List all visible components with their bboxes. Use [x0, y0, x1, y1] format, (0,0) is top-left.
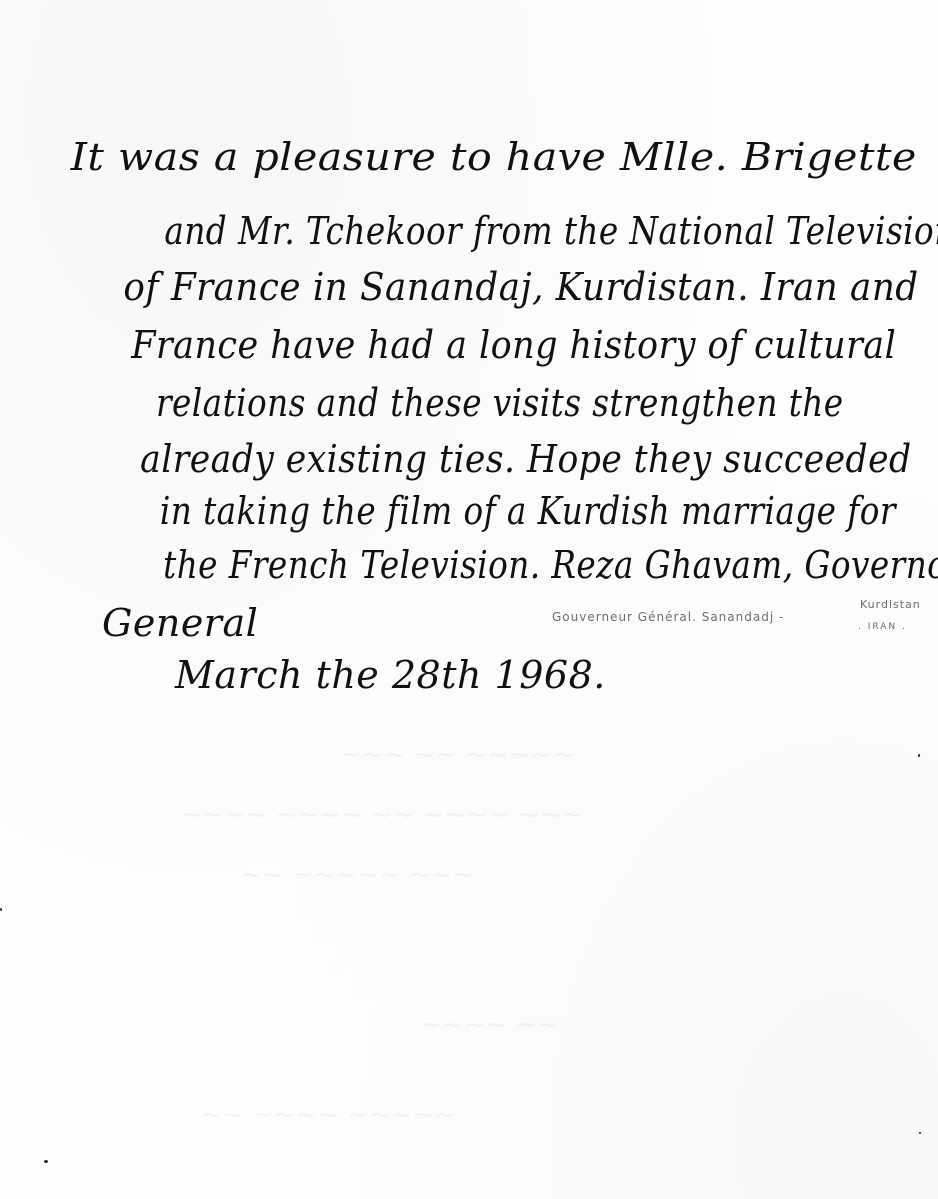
annotation-country: . IRAN .	[858, 622, 907, 632]
annotation-region: Kurdistan	[860, 598, 921, 611]
letter-line: the French Television. Reza Ghavam, Gove…	[163, 546, 938, 584]
annotation-title: Gouverneur Général. Sanandadj -	[552, 610, 784, 624]
dust-speck	[919, 1132, 921, 1134]
dust-speck	[44, 1160, 48, 1163]
letter-line: and Mr. Tchekoor from the National Telev…	[164, 212, 938, 250]
bleed-through-marks: ~~~~ ~~~~ ~~ ~~~~ ~~~	[180, 800, 583, 830]
letter-line: It was a pleasure to have Mlle. Brigette	[71, 138, 917, 176]
letter-line: in taking the film of a Kurdish marriage…	[160, 492, 896, 530]
letter-line: already existing ties. Hope they succeed…	[140, 440, 911, 478]
letter-line: France have had a long history of cultur…	[131, 326, 896, 364]
letter-line: relations and these visits strengthen th…	[156, 384, 844, 422]
bleed-through-marks: ~~ ~~~~ ~~~~~	[200, 1100, 456, 1130]
dust-speck	[918, 754, 920, 757]
bleed-through-marks: ~~~~ ~~	[420, 1010, 559, 1040]
letter-line: General	[102, 604, 258, 642]
letter-line: of France in Sanandaj, Kurdistan. Iran a…	[123, 268, 918, 306]
bleed-through-marks: ~~~ ~~ ~~~~~	[340, 740, 574, 770]
scanned-letter-page: ~~~ ~~ ~~~~~ ~~~~ ~~~~ ~~ ~~~~ ~~~ ~~ ~~…	[0, 0, 938, 1199]
governor-annotation: Gouverneur Général. Sanandadj -	[552, 610, 784, 624]
dust-speck	[0, 908, 2, 911]
letter-body: It was a pleasure to have Mlle. Brigette…	[0, 0, 938, 700]
letter-date: March the 28th 1968.	[175, 656, 606, 694]
bleed-through-marks: ~~ ~~~~~ ~~~	[240, 860, 474, 890]
